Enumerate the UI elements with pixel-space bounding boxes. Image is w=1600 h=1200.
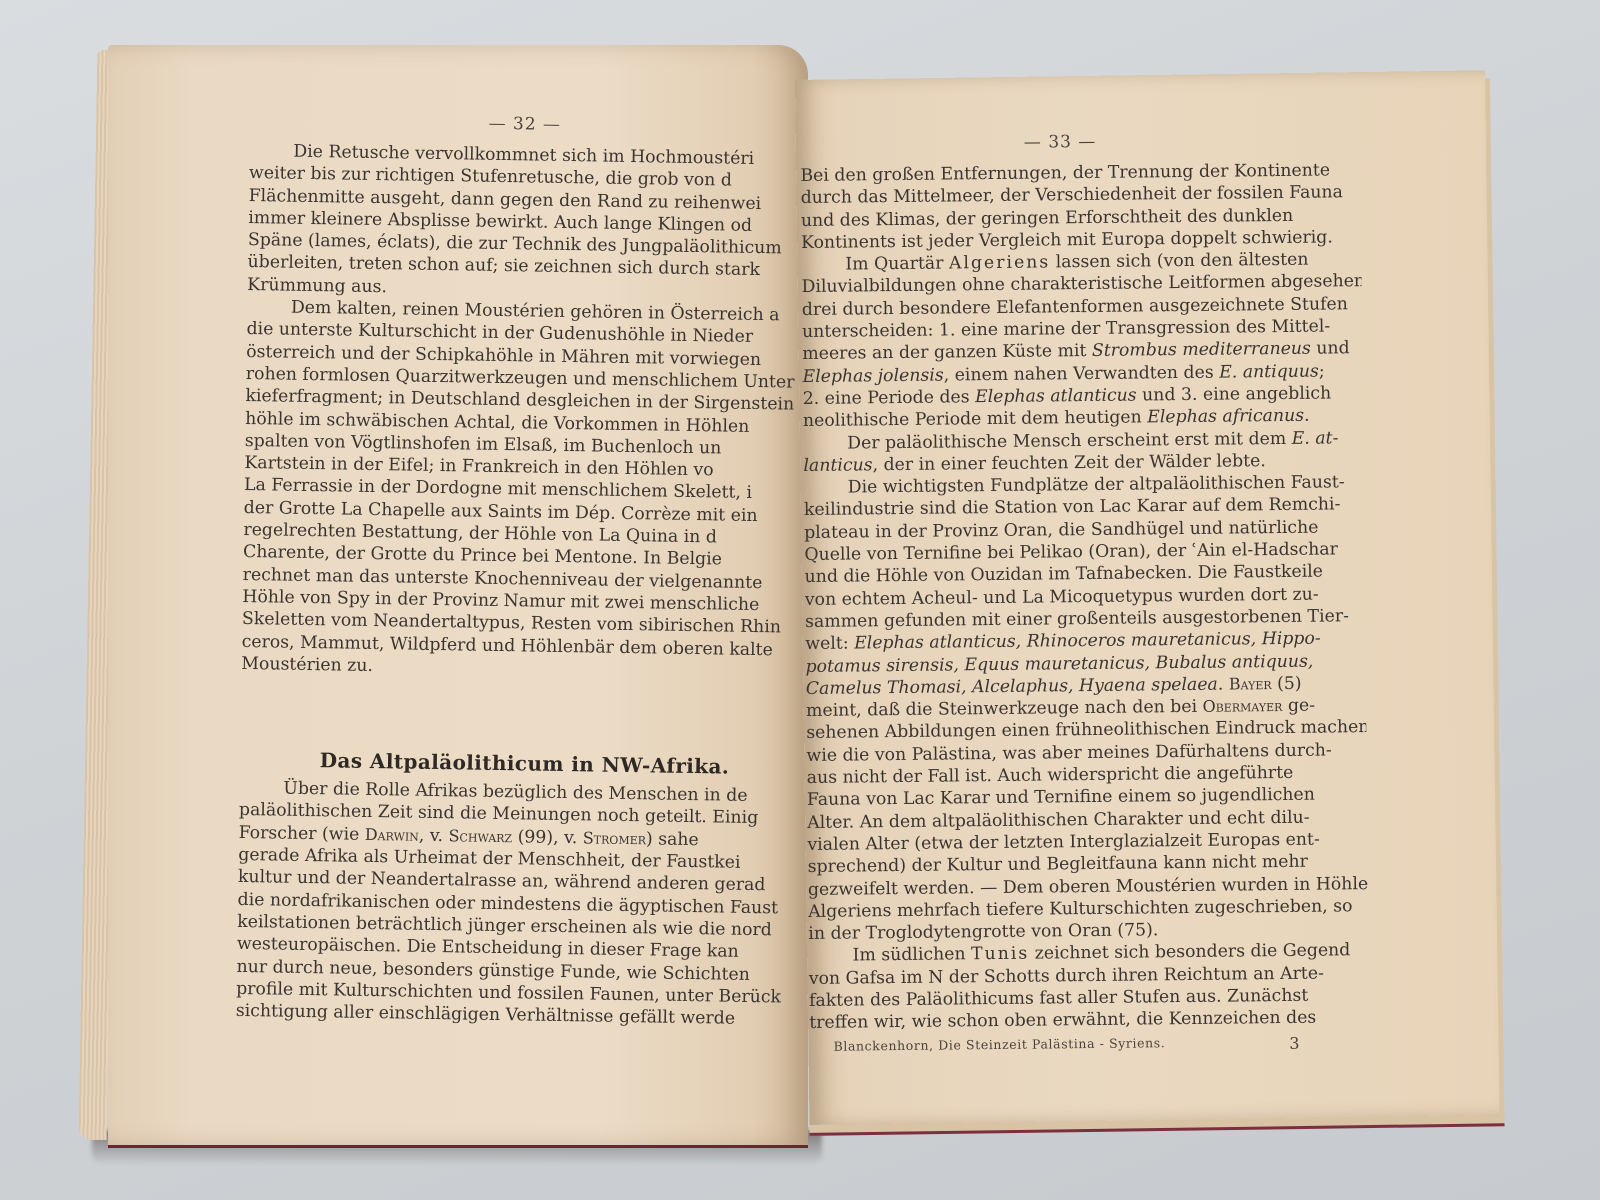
text-run: ; [1319, 361, 1325, 381]
text-run: und [1311, 339, 1350, 359]
author-name: Schwarz [448, 826, 512, 846]
text-run: , der in einer feuchten Zeit der Wälder … [872, 451, 1265, 475]
species-name: E. antiquus [1219, 361, 1319, 382]
text-line: treffen wir, wie schon oben erwähnt, die… [809, 1006, 1369, 1034]
footer-citation: Blanckenhorn, Die Steinzeit Palästina - … [833, 1035, 1165, 1057]
author-name: Stromer [583, 828, 646, 848]
text-run: . [1304, 406, 1310, 426]
paragraph-tunis: Im südlichen Tunis zeichnet sich besonde… [808, 939, 1369, 1034]
text-run: welt: [805, 634, 854, 655]
paragraph-algerien: Im Quartär Algeriens lassen sich (von de… [801, 248, 1363, 432]
right-page: — 33 — Bei den großen Entfernungen, der … [800, 129, 1370, 1057]
text-run: 2. eine Periode des [803, 387, 975, 409]
text-run: und 3. eine angeblich [1137, 383, 1332, 405]
text-run: meint, daß die Steinwerkzeuge nach den b… [806, 697, 1203, 721]
text-run: , einem nahen Verwandten des [944, 362, 1220, 385]
text-run: , v. [419, 825, 449, 845]
species-name: lanticus [803, 455, 872, 476]
left-page: — 32 — Die Retusche vervollkommnet sich … [236, 110, 810, 1031]
text-run: ) sahe [646, 829, 699, 850]
species-name: Elephas jolensis [802, 365, 943, 386]
text-run: zeichnet sich besonders die Gegend [1029, 941, 1350, 964]
species-name: Elephas africanus [1147, 406, 1304, 428]
text-run: Im Quartär [845, 254, 949, 275]
paragraph-afrika: Über die Rolle Afrikas bezüglich des Men… [236, 777, 800, 1031]
text-run: Der paläolithische Mensch erscheint erst… [847, 428, 1292, 453]
spaced-term: Algeriens [949, 253, 1051, 274]
text-run: Im südlichen [852, 945, 971, 966]
author-name: Darwin [365, 825, 419, 845]
photo-scene: — 32 — Die Retusche vervollkommnet sich … [0, 0, 1600, 1200]
author-name: Obermayer [1202, 696, 1282, 716]
species-name: Strombus mediterraneus [1092, 339, 1311, 361]
text-run: meeres an der ganzen Küste mit [802, 341, 1092, 364]
spaced-term: Tunis [971, 944, 1029, 965]
text-run: Forscher (wie [238, 823, 364, 845]
species-list: Camelus Thomasi, Alcelaphus, Hyaena spel… [806, 674, 1224, 698]
species-name: Elephas atlanticus [975, 385, 1137, 407]
text-run: ge- [1282, 696, 1315, 716]
signature-mark: 3 [1289, 1033, 1299, 1052]
paragraph-mensch: Der paläolithische Mensch erscheint erst… [803, 427, 1363, 477]
text-run: lassen sich (von den ältesten [1050, 250, 1308, 273]
section-heading: Das Altpaläolithicum in NW-Afrika. [320, 748, 800, 780]
text-run: neolithische Periode mit dem heutigen [803, 408, 1147, 432]
paragraph-mousterien: Dem kalten, reinen Moustérien gehören in… [241, 296, 807, 684]
text-run: (99), v. [512, 827, 583, 848]
author-name: Bayer [1229, 674, 1272, 693]
species-name: E. at- [1292, 428, 1339, 448]
text-run: (5) [1272, 674, 1302, 694]
paragraph-retusche: Die Retusche vervollkommnet sich im Hoch… [247, 140, 809, 305]
species-list: Elephas atlanticus, Rhinoceros mauretani… [854, 629, 1321, 654]
paragraph-entfernungen: Bei den großen Entfernungen, der Trennun… [800, 159, 1361, 254]
paragraph-fundplaetze: Die wichtigsten Fundplätze der altpaläol… [804, 471, 1369, 945]
